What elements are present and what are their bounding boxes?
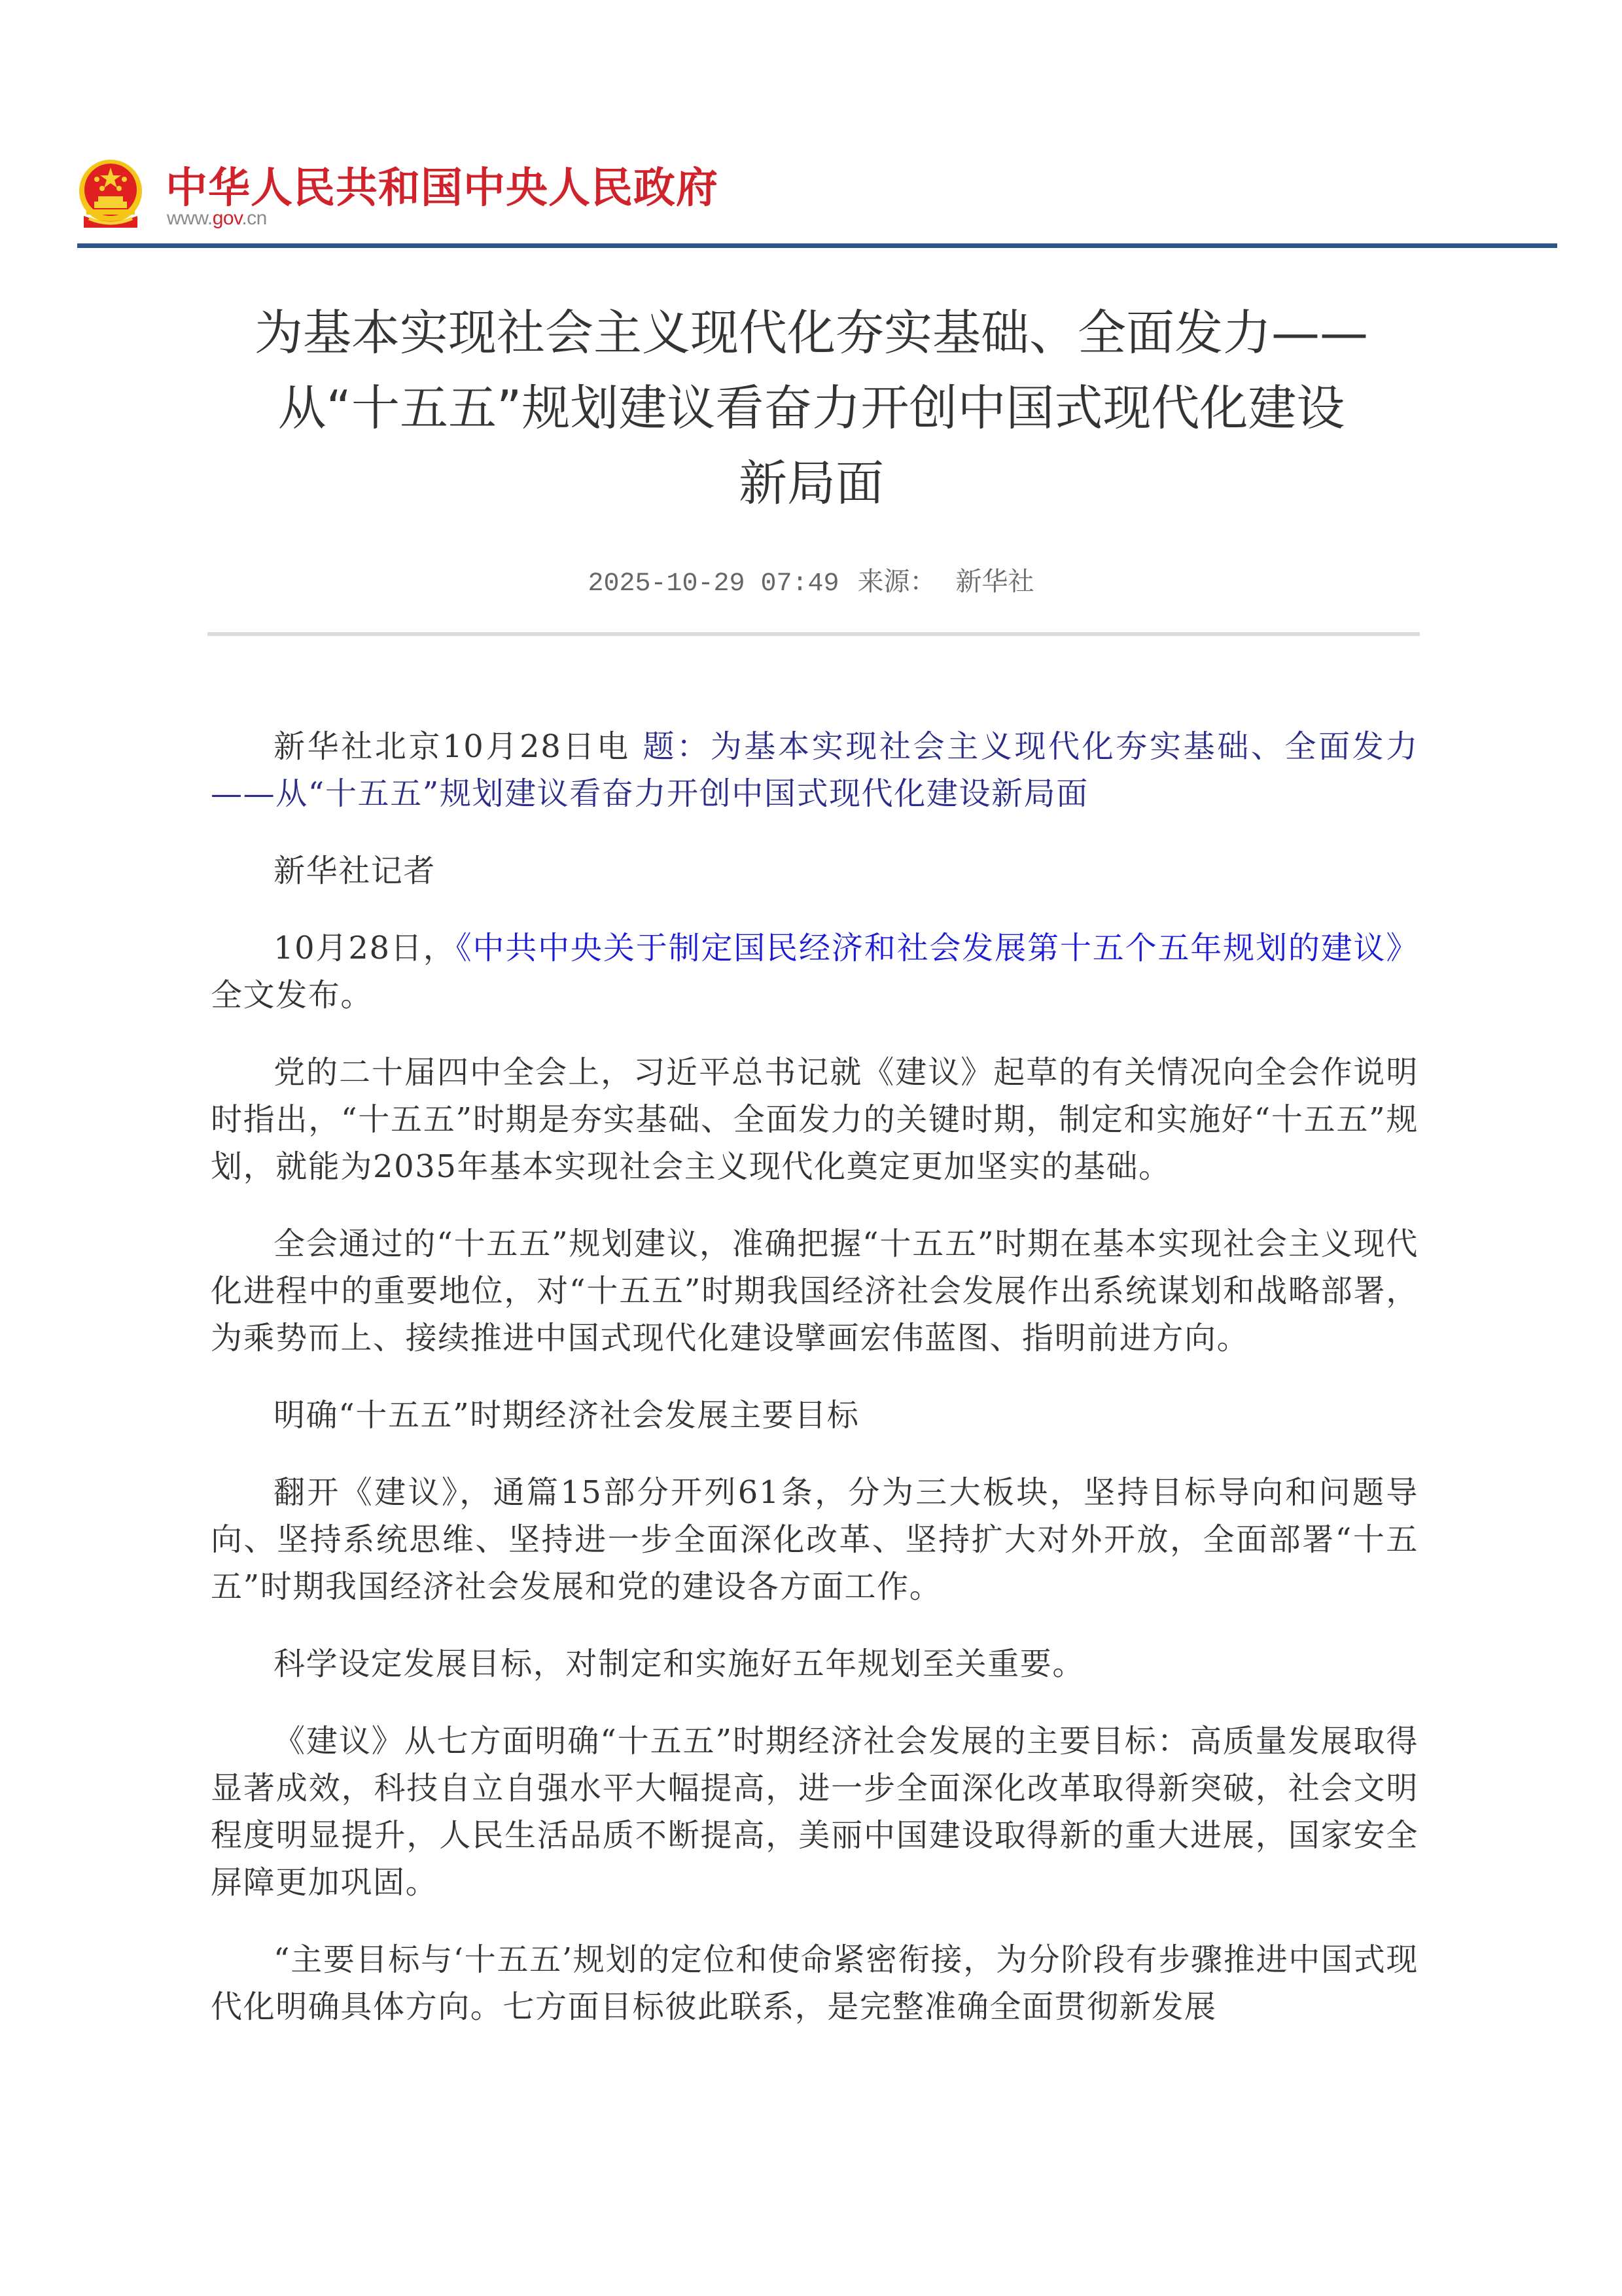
document-link[interactable]: 《中共中央关于制定国民经济和社会发展第十五个五年规划的建议》: [456, 930, 1419, 966]
site-url-accent: gov: [213, 207, 242, 229]
paragraph-dateline: 新华社北京10月28日电 题：为基本实现社会主义现代化夯实基础、全面发力——从“…: [211, 723, 1419, 817]
paragraph: 翻开《建议》，通篇15部分开列61条，分为三大板块，坚持目标导向和问题导向、坚持…: [211, 1469, 1419, 1610]
paragraph: 全会通过的“十五五”规划建议，准确把握“十五五”时期在基本实现社会主义现代化进程…: [211, 1220, 1419, 1362]
site-url-suffix: .cn: [241, 207, 267, 229]
paragraph-byline: 新华社记者: [211, 847, 1419, 894]
section-heading: 明确“十五五”时期经济社会发展主要目标: [211, 1392, 1419, 1439]
paragraph-tail: 全文发布。: [211, 977, 373, 1014]
site-header: 中华人民共和国中央人民政府 www.gov.cn: [77, 154, 1557, 253]
paragraph: 科学设定发展目标，对制定和实施好五年规划至关重要。: [211, 1640, 1419, 1687]
paragraph: 党的二十届四中全会上，习近平总书记就《建议》起草的有关情况向全会作说明时指出，“…: [211, 1049, 1419, 1190]
article-title-line: 为基本实现社会主义现代化夯实基础、全面发力——: [196, 296, 1426, 371]
article-title-line: 从“十五五”规划建议看奋力开创中国式现代化建设: [196, 371, 1426, 446]
national-emblem-icon[interactable]: [77, 158, 144, 230]
article-title-line: 新局面: [196, 446, 1426, 521]
source-value: 新华社: [956, 565, 1034, 598]
paragraph-lead: 10月28日，: [273, 930, 456, 966]
source-label: 来源：: [858, 567, 936, 597]
meta-divider: [207, 632, 1420, 636]
article-body: 新华社北京10月28日电 题：为基本实现社会主义现代化夯实基础、全面发力——从“…: [211, 723, 1419, 2060]
article-title: 为基本实现社会主义现代化夯实基础、全面发力—— 从“十五五”规划建议看奋力开创中…: [196, 296, 1426, 521]
site-url[interactable]: www.gov.cn: [167, 207, 267, 230]
paragraph: 《建议》从七方面明确“十五五”时期经济社会发展的主要目标：高质量发展取得显著成效…: [211, 1718, 1419, 1906]
dateline: 新华社北京10月28日电: [273, 728, 631, 765]
header-divider: [77, 243, 1557, 248]
paragraph: 10月28日，《中共中央关于制定国民经济和社会发展第十五个五年规划的建议》全文发…: [211, 925, 1419, 1019]
site-url-prefix: www.: [167, 207, 213, 229]
publish-datetime: 2025-10-29 07:49: [588, 569, 839, 599]
paragraph: “主要目标与‘十五五’规划的定位和使命紧密衔接，为分阶段有步骤推进中国式现代化明…: [211, 1936, 1419, 2030]
article-meta: 2025-10-29 07:49来源：新华社: [0, 565, 1622, 601]
